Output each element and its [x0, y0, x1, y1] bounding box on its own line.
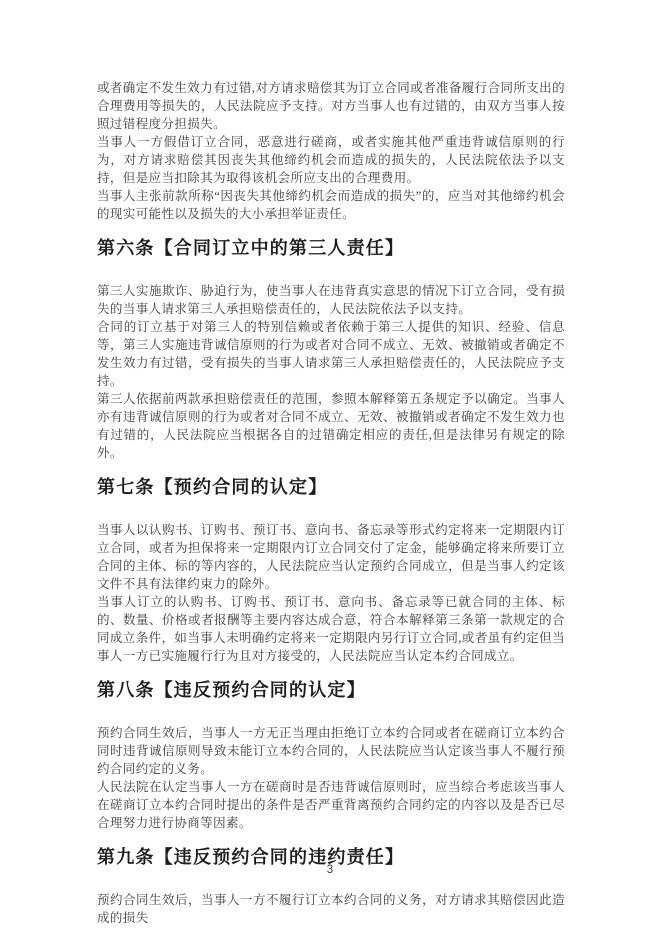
body-paragraph: 或者确定不发生效力有过错,对方请求赔偿其为订立合同或者准备履行合同所支出的合理费…: [97, 79, 565, 133]
body-paragraph: 第三人依据前两款承担赔偿责任的范围，参照本解释第五条规定予以确定。当事人亦有违背…: [97, 390, 565, 462]
article-heading: 第八条【违反预约合同的认定】: [97, 677, 565, 703]
body-paragraph: 当事人以认购书、订购书、预订书、意向书、备忘录等形式约定将来一定期限内订立合同，…: [97, 521, 565, 593]
document-page: 或者确定不发生效力有过错,对方请求赔偿其为订立合同或者准备履行合同所支出的合理费…: [0, 0, 660, 933]
article-heading: 第七条【预约合同的认定】: [97, 474, 565, 500]
body-paragraph: 当事人一方假借订立合同，恶意进行磋商，或者实施其他严重违背诚信原则的行为，对方请…: [97, 133, 565, 187]
body-paragraph: 合同的订立基于对第三人的特别信赖或者依赖于第三人提供的知识、经验、信息等，第三人…: [97, 318, 565, 390]
page-number: 3: [327, 864, 333, 876]
body-paragraph: 当事人订立的认购书、订购书、预订书、意向书、备忘录等已就合同的主体、标的、数量、…: [97, 593, 565, 665]
document-content: 或者确定不发生效力有过错,对方请求赔偿其为订立合同或者准备履行合同所支出的合理费…: [97, 79, 565, 927]
page-footer: 3: [0, 860, 660, 878]
body-paragraph: 预约合同生效后，当事人一方无正当理由拒绝订立本约合同或者在磋商订立本约合同时违背…: [97, 724, 565, 778]
body-paragraph: 预约合同生效后，当事人一方不履行订立本约合同的义务，对方请求其赔偿因此造成的损失: [97, 891, 565, 927]
article-heading: 第六条【合同订立中的第三人责任】: [97, 235, 565, 261]
body-paragraph: 人民法院在认定当事人一方在磋商时是否违背诚信原则时，应当综合考虑该当事人在磋商订…: [97, 778, 565, 832]
body-paragraph: 当事人主张前款所称“因丧失其他缔约机会而造成的损失”的，应当对其他缔约机会的现实…: [97, 187, 565, 223]
body-paragraph: 第三人实施欺诈、胁迫行为，使当事人在违背真实意思的情况下订立合同，受有损失的当事…: [97, 282, 565, 318]
